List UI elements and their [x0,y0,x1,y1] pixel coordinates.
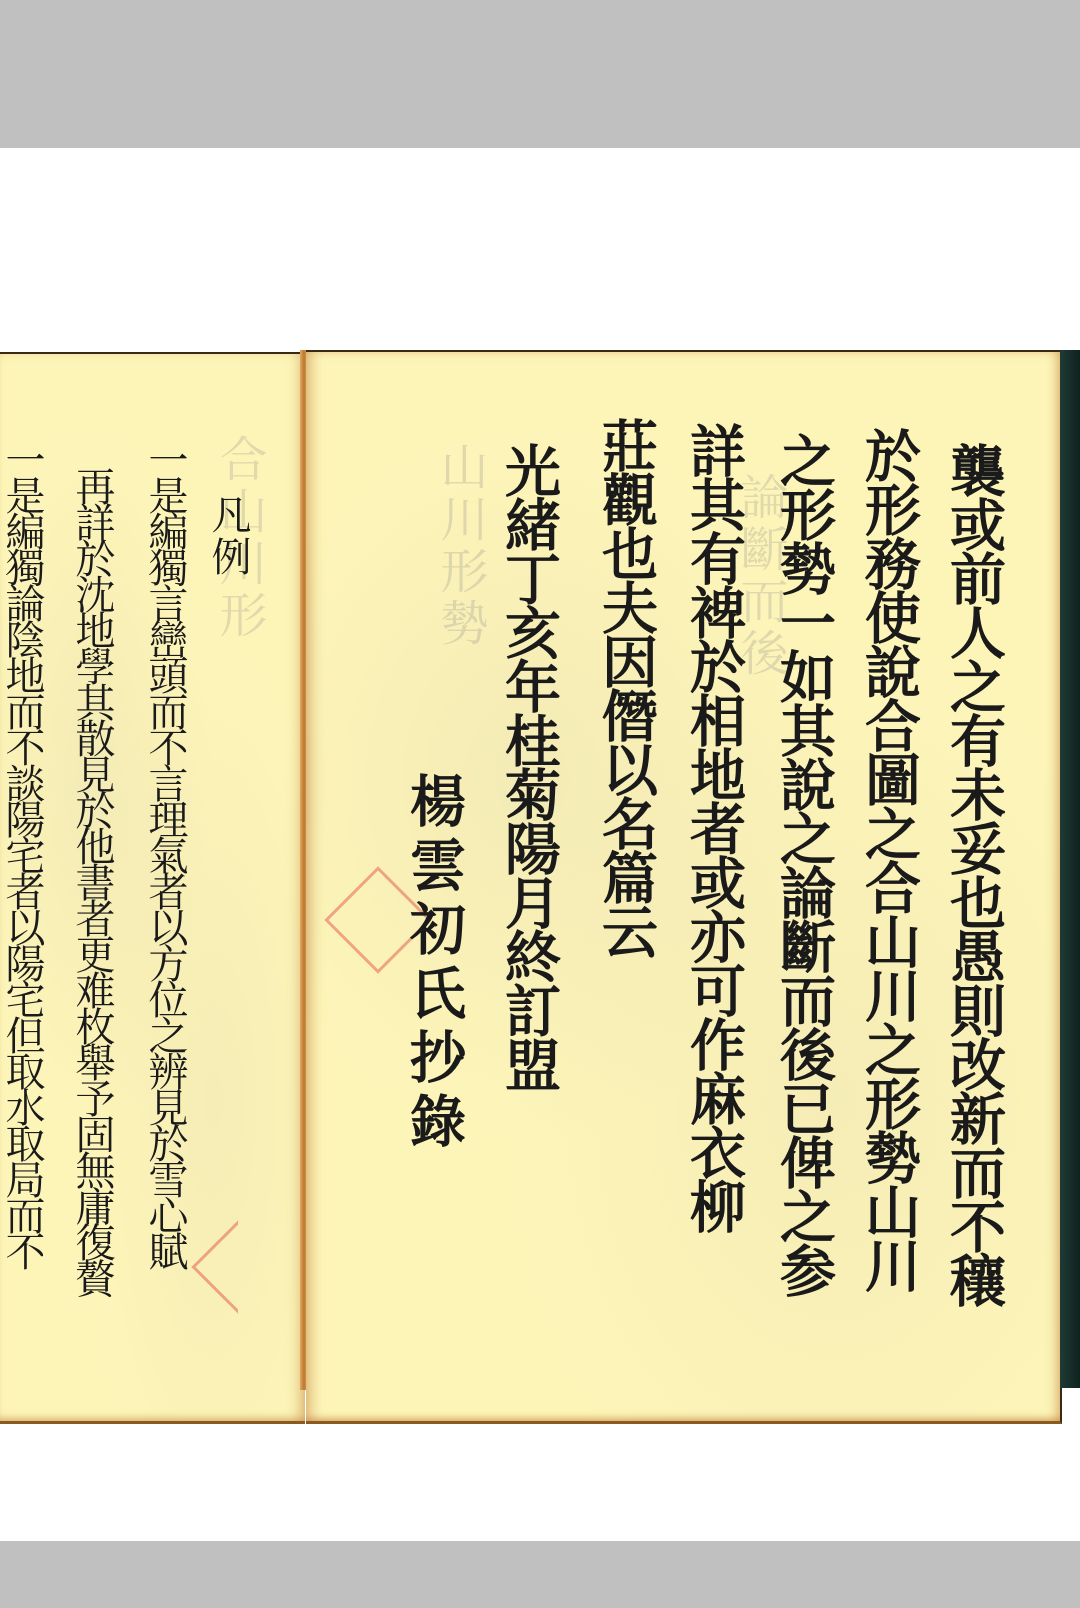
open-book: 合山川形 凡例 一是編獨言巒頭而不言理氣者以方位之辨見於雪心賦 再詳於沈地學其散… [0,350,1080,1424]
copyist-signature: 楊雲初氏抄錄 [406,772,462,1156]
bleed-through-text: 山川形勢 [426,442,495,650]
text-column-2: 於形務使說合圖之合山川之形勢山川 [861,427,917,1291]
red-seal-left [191,1220,284,1313]
viewer-bottom-bar [0,1541,1080,1608]
text-column-2: 再詳於沈地學其散見於他書者更难枚舉予固無庸復贅 [72,466,112,1294]
section-heading: 凡例 [200,494,257,578]
viewer-top-bar [0,0,1080,148]
right-page: 山川形勢 論斷而後 襲或前人之有未妥也愚則改新而不穰 於形務使說合圖之合山川之形… [306,350,1062,1424]
text-column-4: 詳其有裨於相地者或亦可作麻衣柳 [686,422,742,1232]
text-column-5: 莊觀也夫因僭以名篇云 [598,417,654,957]
text-column-3: 之形勢一如其說之論斷而後已俾之参 [776,432,832,1296]
left-page: 合山川形 凡例 一是編獨言巒頭而不言理氣者以方位之辨見於雪心賦 再詳於沈地學其散… [0,352,305,1424]
book-cover-edge [1060,350,1080,1388]
date-colophon: 光緒丁亥年桂菊陽月終訂盟 [501,442,557,1090]
text-column-1: 襲或前人之有未妥也愚則改新而不穰 [946,442,1002,1306]
text-column-1: 一是編獨言巒頭而不言理氣者以方位之辨見於雪心賦 [145,439,185,1267]
text-column-3: 一是編獨論陰地而不談陽宅者以陽宅但取水取局而不 [2,439,42,1267]
